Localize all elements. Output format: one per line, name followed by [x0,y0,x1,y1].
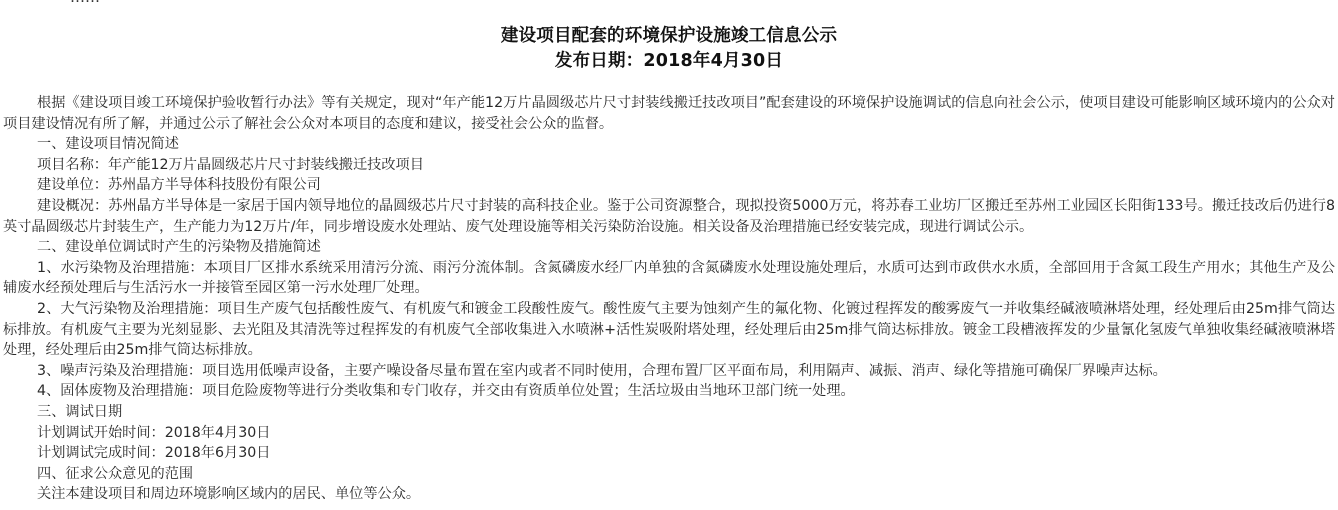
water-pollution-measures: 1、水污染物及治理措施：本项目厂区排水系统采用清污分流、雨污分流体制。含氮磷废水… [3,258,1335,299]
debug-end-date: 计划调试完成时间：2018年6月30日 [3,443,1335,464]
construction-unit: 建设单位：苏州晶方半导体科技股份有限公司 [3,175,1335,196]
section-heading-2: 二、建设单位调试时产生的污染物及措施简述 [3,237,1335,258]
construction-overview: 建设概况：苏州晶方半导体是一家居于国内领导地位的晶圆级芯片尺寸封装的高科技企业。… [3,196,1335,237]
intro-paragraph: 根据《建设项目竣工环境保护验收暂行办法》等有关规定，现对“年产能12万片晶圆级芯… [3,93,1335,134]
noise-pollution-measures: 3、噪声污染及治理措施：项目选用低噪声设备，主要产噪设备尽量布置在室内或者不同时… [3,361,1335,382]
notice-header: 建设项目配套的环境保护设施竣工信息公示 发布日期：2018年4月30日 [0,24,1338,74]
air-pollution-measures: 2、大气污染物及治理措施：项目生产废气包括酸性废气、有机废气和镀金工段酸性废气。… [3,299,1335,361]
public-scope: 关注本建设项目和周边环境影响区域内的居民、单位等公众。 [3,484,1335,505]
notice-body: 根据《建设项目竣工环境保护验收暂行办法》等有关规定，现对“年产能12万片晶圆级芯… [3,93,1335,505]
cut-off-text-fragment: …… [70,0,110,2]
section-heading-1: 一、建设项目情况简述 [3,134,1335,155]
section-heading-3: 三、调试日期 [3,402,1335,423]
page-title: 建设项目配套的环境保护设施竣工信息公示 [0,24,1338,49]
solid-waste-measures: 4、固体废物及治理措施：项目危险废物等进行分类收集和专门收存，并交由有资质单位处… [3,381,1335,402]
debug-start-date: 计划调试开始时间：2018年4月30日 [3,423,1335,444]
publish-date: 发布日期：2018年4月30日 [0,49,1338,74]
project-name: 项目名称：年产能12万片晶圆级芯片尺寸封装线搬迁技改项目 [3,155,1335,176]
section-heading-4: 四、征求公众意见的范围 [3,464,1335,485]
